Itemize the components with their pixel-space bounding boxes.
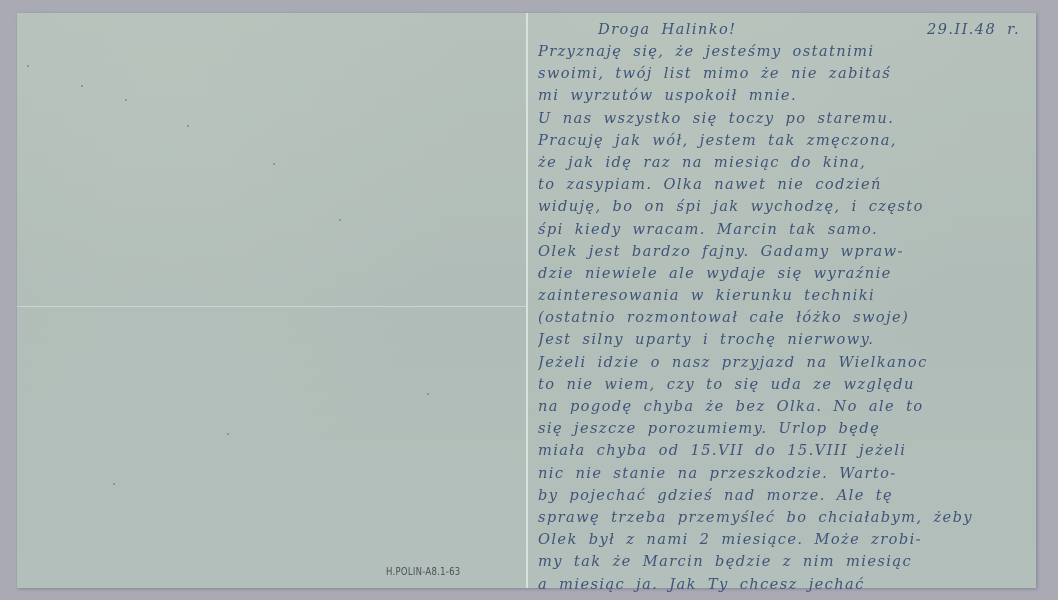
letter-line: Jest silny uparty i trochę nierwowy.	[538, 329, 1028, 351]
paper-speck	[427, 393, 429, 395]
letter-line: U nas wszystko się toczy po staremu.	[538, 108, 1028, 130]
letter-line: dzie niewiele ale wydaje się wyraźnie	[538, 263, 1028, 285]
right-page-letter: Droga Halinko! 29.II.48 r. Przyznaję się…	[528, 13, 1036, 588]
letter-line: zainteresowania w kierunku techniki	[538, 285, 1028, 307]
letter-line: swoimi, twój list mimo że nie zabitaś	[538, 63, 1028, 85]
letter-line: (ostatnio rozmontował całe łóżko swoje)	[538, 307, 1028, 329]
letter-line: to zasypiam. Olka nawet nie codzień	[538, 174, 1028, 196]
letter-line: my tak że Marcin będzie z nim miesiąc	[538, 551, 1028, 573]
letter-line: się jeszcze porozumiemy. Urlop będę	[538, 418, 1028, 440]
letter-line: na pogodę chyba że bez Olka. No ale to	[538, 396, 1028, 418]
left-page-blank	[17, 13, 526, 588]
letter-line: Pracuję jak wół, jestem tak zmęczona,	[538, 130, 1028, 152]
letter-line: sprawę trzeba przemyśleć bo chciałabym, …	[538, 507, 1028, 529]
letter-line: to nie wiem, czy to się uda ze względu	[538, 374, 1028, 396]
letter-sheet: Droga Halinko! 29.II.48 r. Przyznaję się…	[17, 13, 1036, 588]
paper-speck	[113, 483, 115, 485]
letter-line: że jak idę raz na miesiąc do kina,	[538, 152, 1028, 174]
horizontal-fold-line	[17, 306, 526, 307]
letter-line: a miesiąc ja. Jak Ty chcesz jechać	[538, 574, 1028, 596]
letter-line: Olek był z nami 2 miesiące. Może zrobi-	[538, 529, 1028, 551]
archive-reference-stamp: H.POLIN-A8.1-63	[386, 566, 460, 578]
letter-header: Droga Halinko! 29.II.48 r.	[538, 19, 1028, 41]
paper-speck	[227, 433, 229, 435]
paper-speck	[273, 163, 275, 165]
paper-speck	[81, 85, 83, 87]
letter-body: Droga Halinko! 29.II.48 r. Przyznaję się…	[538, 19, 1028, 596]
letter-line: miała chyba od 15.VII do 15.VIII jeżeli	[538, 440, 1028, 462]
letter-line: Jeżeli idzie o nasz przyjazd na Wielkano…	[538, 352, 1028, 374]
paper-speck	[125, 99, 127, 101]
letter-line: widuję, bo on śpi jak wychodzę, i często	[538, 196, 1028, 218]
letter-date: 29.II.48 r.	[927, 19, 1020, 41]
paper-speck	[187, 125, 189, 127]
paper-speck	[339, 219, 341, 221]
salutation: Droga Halinko!	[598, 19, 736, 41]
letter-line: by pojechać gdzieś nad morze. Ale tę	[538, 485, 1028, 507]
paper-speck	[27, 65, 29, 67]
letter-line: Przyznaję się, że jesteśmy ostatnimi	[538, 41, 1028, 63]
letter-line: Olek jest bardzo fajny. Gadamy wpraw-	[538, 241, 1028, 263]
letter-line: mi wyrzutów uspokoił mnie.	[538, 85, 1028, 107]
letter-line: nic nie stanie na przeszkodzie. Warto-	[538, 463, 1028, 485]
letter-line: śpi kiedy wracam. Marcin tak samo.	[538, 219, 1028, 241]
